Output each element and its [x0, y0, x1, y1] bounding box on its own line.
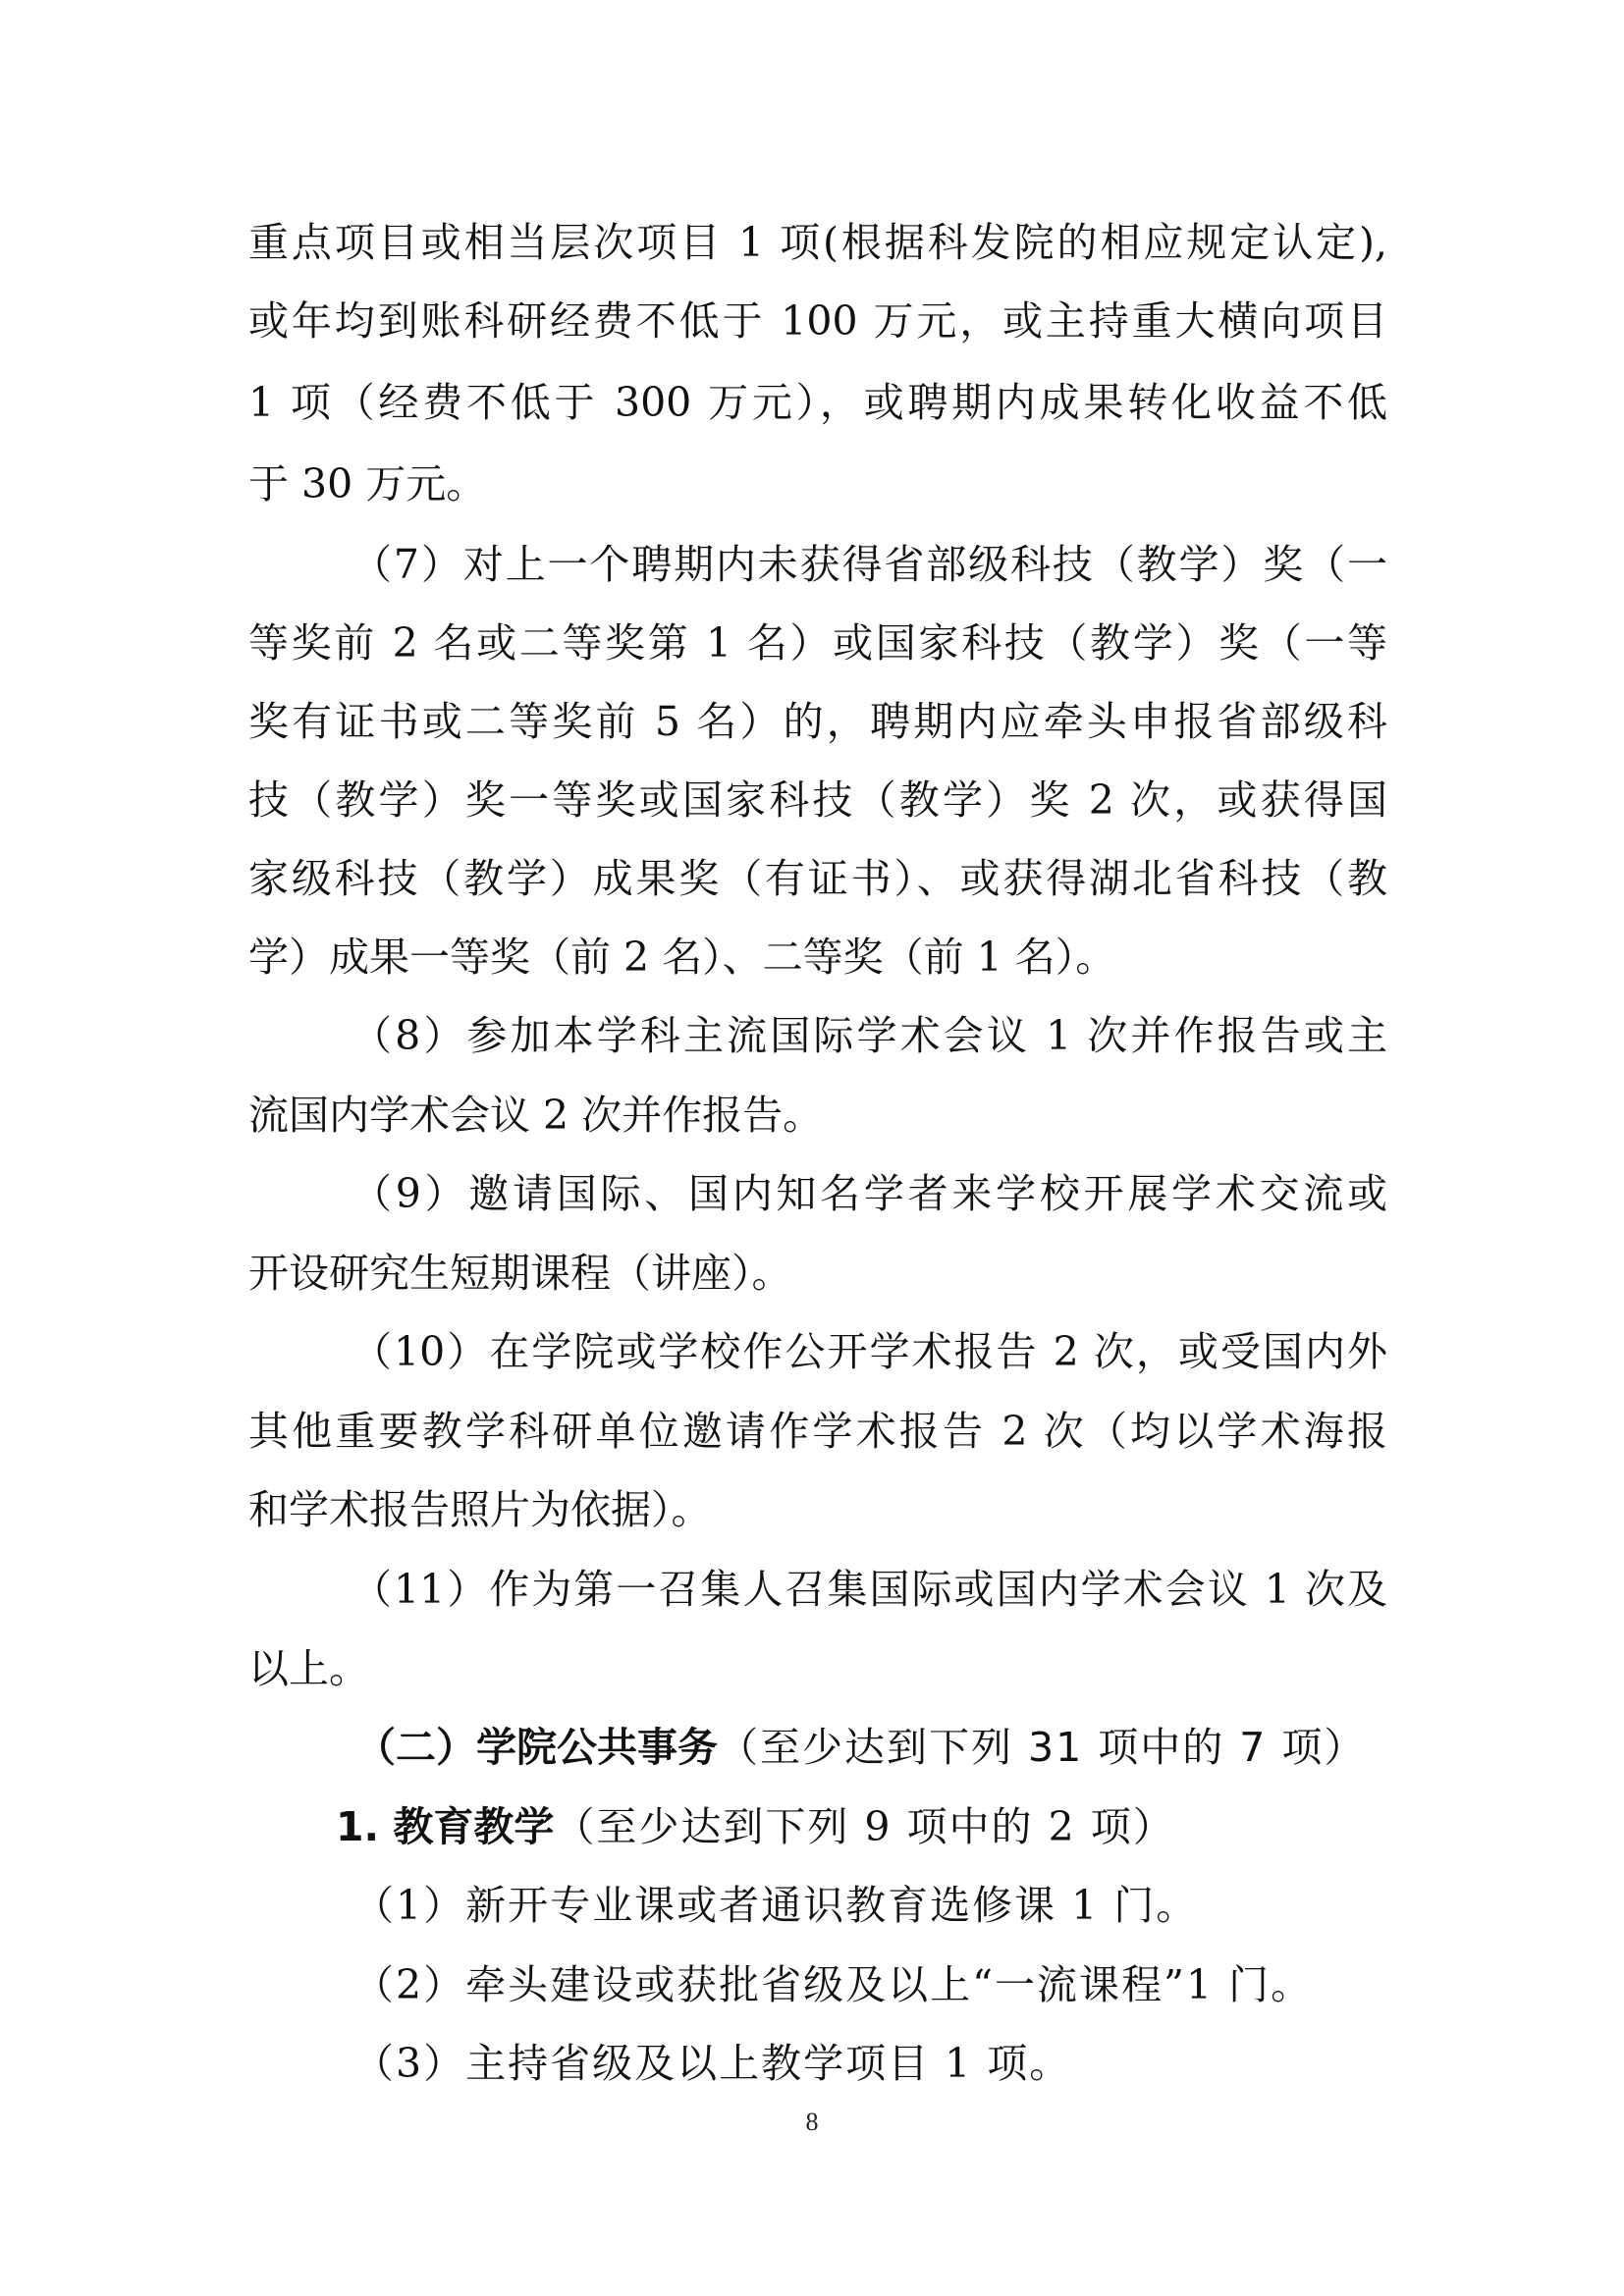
- document-page: 重点项目或相当层次项目 1 项(根据科发院的相应规定认定), 或年均到账科研经费…: [0, 0, 1624, 2296]
- item-10-line: （10）在学院或学校作公开学术报告 2 次，或受国内外: [352, 1322, 1387, 1381]
- subsection-heading-note: （至少达到下列 9 项中的 2 项）: [554, 1803, 1174, 1850]
- item-7-line: 奖有证书或二等奖前 5 名）的，聘期内应牵头申报省部级科: [248, 692, 1387, 751]
- item-7-line: 学）成果一等奖（前 2 名）、二等奖（前 1 名）。: [248, 928, 1387, 987]
- subsection-item: （1）新开专业课或者通识教育选修课 1 门。: [353, 1876, 1198, 1935]
- item-7-line: 家级科技（教学）成果奖（有证书）、或获得湖北省科技（教: [248, 849, 1387, 908]
- paragraph-line: 于 30 万元。: [248, 454, 1387, 513]
- item-10-line: 和学术报告照片为依据）。: [248, 1480, 1387, 1539]
- item-9-line: （9）邀请国际、国内知名学者来学校开展学术交流或: [352, 1164, 1387, 1223]
- subsection-item: （2）牵头建设或获批省级及以上“一流课程”1 门。: [353, 1955, 1313, 2014]
- section-heading-note: （至少达到下列 31 项中的 7 项）: [718, 1724, 1366, 1771]
- item-7-line: 技（教学）奖一等奖或国家科技（教学）奖 2 次，或获得国: [248, 771, 1387, 829]
- item-10-line: 其他重要教学科研单位邀请作学术报告 2 次（均以学术海报: [248, 1402, 1387, 1461]
- item-7-line: 等奖前 2 名或二等奖第 1 名）或国家科技（教学）奖（一等: [248, 614, 1387, 672]
- item-11-line: （11）作为第一召集人召集国际或国内学术会议 1 次及: [352, 1560, 1387, 1619]
- paragraph-line: 1 项（经费不低于 300 万元），或聘期内成果转化收益不低: [248, 373, 1387, 432]
- subsection-heading: 1. 教育教学（至少达到下列 9 项中的 2 项）: [336, 1797, 1175, 1856]
- subsection-item: （3）主持省级及以上教学项目 1 项。: [353, 2034, 1071, 2093]
- item-8-line: （8）参加本学科主流国际学术会议 1 次并作报告或主: [352, 1006, 1387, 1065]
- subsection-heading-label: 1. 教育教学: [336, 1803, 554, 1850]
- paragraph-line: 或年均到账科研经费不低于 100 万元，或主持重大横向项目: [248, 292, 1387, 350]
- item-7-line: （7）对上一个聘期内未获得省部级科技（教学）奖（一: [352, 535, 1387, 594]
- paragraph-line: 重点项目或相当层次项目 1 项(根据科发院的相应规定认定),: [248, 213, 1387, 272]
- item-11-line: 以上。: [248, 1639, 1387, 1698]
- section-heading: （二）学院公共事务（至少达到下列 31 项中的 7 项）: [355, 1718, 1366, 1777]
- item-9-line: 开设研究生短期课程（讲座）。: [248, 1244, 1387, 1303]
- page-number: 8: [799, 2107, 825, 2138]
- item-8-line: 流国内学术会议 2 次并作报告。: [248, 1086, 1387, 1145]
- section-heading-label: （二）学院公共事务: [355, 1724, 718, 1771]
